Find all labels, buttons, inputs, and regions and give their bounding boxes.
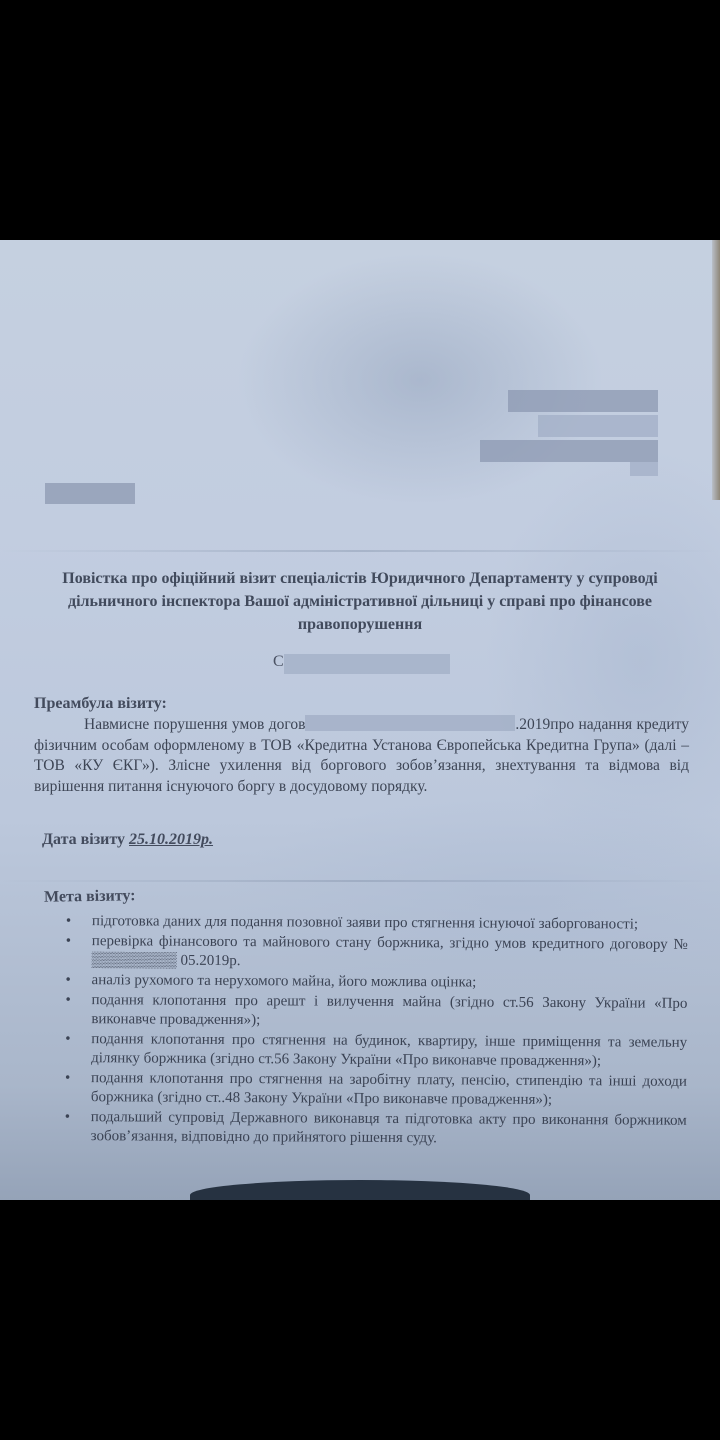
redacted-sender-name: [284, 654, 450, 674]
visit-date: Дата візиту 25.10.2019р.: [42, 831, 213, 849]
redacted-sender-line: [508, 390, 658, 412]
goals-heading: Мета візиту:: [44, 887, 136, 907]
redacted-contract-number: [305, 715, 515, 731]
goal-item: подання клопотання про арешт і вилучення…: [65, 991, 687, 1033]
redacted-recipient: [45, 483, 135, 504]
goals-list: підготовка даних для подання позовної за…: [65, 912, 688, 1151]
goal-item: аналіз рухомого та нерухомого майна, йог…: [66, 971, 688, 994]
viewer-bottom-bar: [0, 1200, 720, 1440]
goal-item: підготовка даних для подання позовної за…: [66, 912, 688, 935]
sender-prefix: С: [273, 653, 284, 671]
redacted-sender-line: [630, 462, 658, 476]
hand-shadow: [190, 1180, 530, 1200]
goal-item: подання клопотання про стягнення на заро…: [65, 1069, 687, 1111]
preamble-text: Навмисне порушення умов догов.2019про на…: [34, 715, 689, 797]
paper-fold: [0, 550, 720, 552]
paper-fold: [0, 880, 720, 882]
preamble-before: Навмисне порушення умов догов: [84, 716, 305, 733]
goal-item: перевірка фінансового та майнового стану…: [66, 932, 688, 974]
visit-date-label: Дата візиту: [42, 831, 125, 848]
table-edge: [712, 240, 720, 500]
document-photo[interactable]: Повістка про офіційний візит спеціалісті…: [0, 240, 720, 1200]
viewer-top-bar: [0, 0, 720, 240]
goal-item: подання клопотання про стягнення на буди…: [65, 1030, 687, 1072]
redacted-sender-line: [538, 415, 658, 437]
visit-date-value: 25.10.2019р.: [129, 831, 213, 848]
goal-item: подальший супровід Державного виконавця …: [65, 1108, 687, 1150]
redacted-sender-line: [480, 440, 658, 462]
preamble-heading: Преамбула візиту:: [34, 695, 167, 713]
document-title: Повістка про офіційний візит спеціалісті…: [40, 567, 680, 636]
